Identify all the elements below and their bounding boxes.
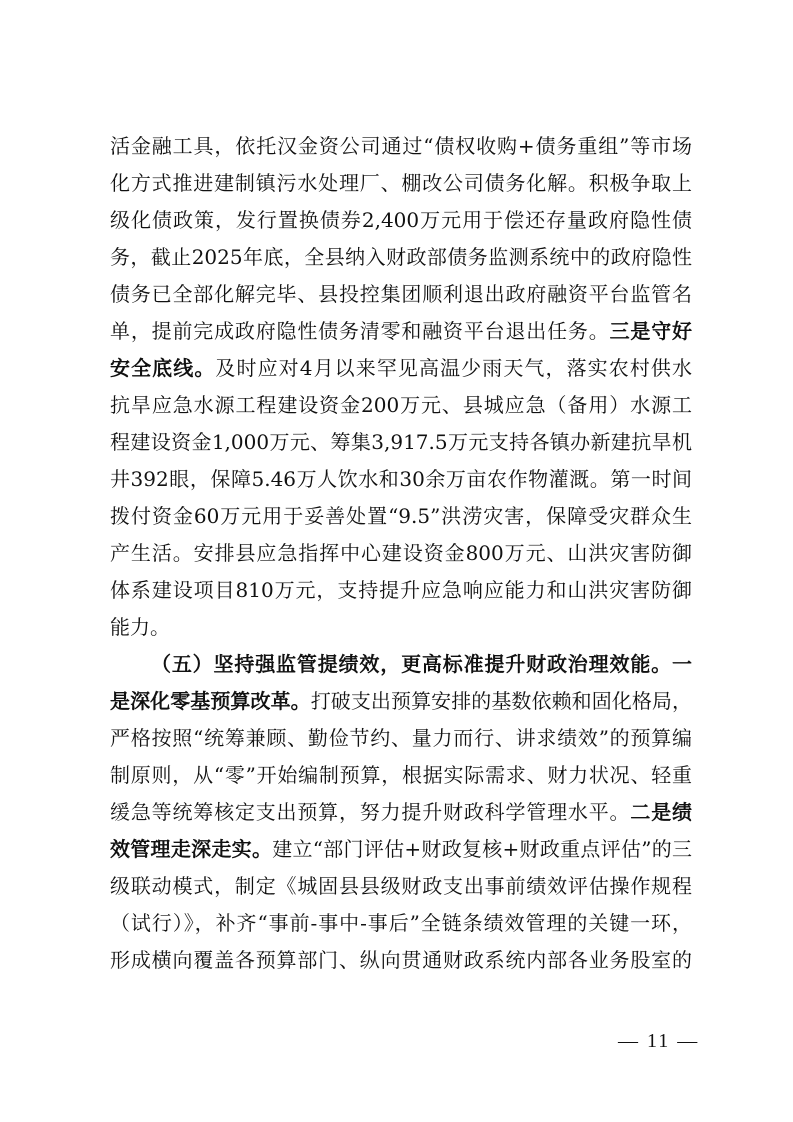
text-run: 能力。: [110, 615, 170, 639]
text-run: 打破支出预算安排的基数依赖和固化格局，: [311, 689, 692, 713]
text-run: 拨付资金60万元用于妥善处置“9.5”洪涝灾害，保障受灾群众生: [110, 504, 692, 528]
text-line: 井392眼，保障5.46万人饮水和30余万亩农作物灌溉。第一时间: [110, 461, 692, 498]
text-run: 单，提前完成政府隐性债务清零和融资平台退出任务。: [110, 319, 610, 343]
text-run: 制原则，从“零”开始编制预算，根据实际需求、财力状况、轻重: [110, 763, 692, 787]
page-number: — 11 —: [618, 1030, 699, 1053]
text-line: 化方式推进建制镇污水处理厂、棚改公司债务化解。积极争取上: [110, 165, 692, 202]
text-run: 债务已全部化解完毕、县投控集团顺利退出政府融资平台监管名: [110, 282, 692, 306]
body-text: 活金融工具，依托汉金资公司通过“债权收购+债务重组”等市场化方式推进建制镇污水处…: [110, 128, 692, 979]
text-line: 活金融工具，依托汉金资公司通过“债权收购+债务重组”等市场: [110, 128, 692, 165]
text-line: （试行）》，补齐“事前-事中-事后”全链条绩效管理的关键一环，: [110, 905, 692, 942]
text-run: （试行）》，补齐“事前-事中-事后”全链条绩效管理的关键一环，: [110, 911, 692, 935]
text-line: 制原则，从“零”开始编制预算，根据实际需求、财力状况、轻重: [110, 757, 692, 794]
text-run: 产生活。安排县应急指挥中心建设资金800万元、山洪灾害防御: [110, 541, 692, 565]
bold-run: 安全底线。: [110, 356, 215, 380]
text-run: 活金融工具，依托汉金资公司通过“债权收购+债务重组”等市场: [110, 134, 692, 158]
text-run: 及时应对4月以来罕见高温少雨天气，落实农村供水: [215, 356, 692, 380]
text-line: 务，截止2025年底，全县纳入财政部债务监测系统中的政府隐性: [110, 239, 692, 276]
text-line: 是深化零基预算改革。打破支出预算安排的基数依赖和固化格局，: [110, 683, 692, 720]
text-line: 产生活。安排县应急指挥中心建设资金800万元、山洪灾害防御: [110, 535, 692, 572]
text-line: 严格按照“统筹兼顾、勤俭节约、量力而行、讲求绩效”的预算编: [110, 720, 692, 757]
text-line: 级化债政策，发行置换债券2,400万元用于偿还存量政府隐性债: [110, 202, 692, 239]
bold-run: 是深化零基预算改革。: [110, 689, 311, 713]
text-run: 级联动模式，制定《城固县县级财政支出事前绩效评估操作规程: [110, 874, 692, 898]
text-run: 级化债政策，发行置换债券2,400万元用于偿还存量政府隐性债: [110, 208, 692, 232]
text-run: 体系建设项目810万元，支持提升应急响应能力和山洪灾害防御: [110, 578, 692, 602]
bold-run: 二是绩: [630, 800, 692, 824]
text-line: 程建设资金1,000万元、筹集3,917.5万元支持各镇办新建抗旱机: [110, 424, 692, 461]
text-run: 严格按照“统筹兼顾、勤俭节约、量力而行、讲求绩效”的预算编: [110, 726, 692, 750]
text-line: 级联动模式，制定《城固县县级财政支出事前绩效评估操作规程: [110, 868, 692, 905]
bold-run: 三是守好: [610, 319, 692, 343]
document-page: 活金融工具，依托汉金资公司通过“债权收购+债务重组”等市场化方式推进建制镇污水处…: [0, 0, 793, 1122]
text-run: 形成横向覆盖各预算部门、纵向贯通财政系统内部各业务股室的: [110, 948, 692, 972]
text-run: 缓急等统筹核定支出预算，努力提升财政科学管理水平。: [110, 800, 630, 824]
text-run: 化方式推进建制镇污水处理厂、棚改公司债务化解。积极争取上: [110, 171, 692, 195]
bold-run: 效管理走深走实。: [110, 837, 272, 861]
text-line: 能力。: [110, 609, 692, 646]
text-line: 抗旱应急水源工程建设资金200万元、县城应急（备用）水源工: [110, 387, 692, 424]
section-heading-line: （五）坚持强监管提绩效，更高标准提升财政治理效能。一: [110, 646, 692, 683]
text-line: 安全底线。及时应对4月以来罕见高温少雨天气，落实农村供水: [110, 350, 692, 387]
text-line: 体系建设项目810万元，支持提升应急响应能力和山洪灾害防御: [110, 572, 692, 609]
text-run: 井392眼，保障5.46万人饮水和30余万亩农作物灌溉。第一时间: [110, 467, 692, 491]
text-line: 单，提前完成政府隐性债务清零和融资平台退出任务。三是守好: [110, 313, 692, 350]
text-line: 缓急等统筹核定支出预算，努力提升财政科学管理水平。二是绩: [110, 794, 692, 831]
bold-run: （五）坚持强监管提绩效，更高标准提升财政治理效能。一: [151, 652, 692, 676]
text-run: 务，截止2025年底，全县纳入财政部债务监测系统中的政府隐性: [110, 245, 692, 269]
text-run: 抗旱应急水源工程建设资金200万元、县城应急（备用）水源工: [110, 393, 692, 417]
text-line: 拨付资金60万元用于妥善处置“9.5”洪涝灾害，保障受灾群众生: [110, 498, 692, 535]
text-line: 债务已全部化解完毕、县投控集团顺利退出政府融资平台监管名: [110, 276, 692, 313]
text-run: 建立“部门评估+财政复核+财政重点评估”的三: [272, 837, 692, 861]
text-line: 效管理走深走实。建立“部门评估+财政复核+财政重点评估”的三: [110, 831, 692, 868]
text-run: 程建设资金1,000万元、筹集3,917.5万元支持各镇办新建抗旱机: [110, 430, 692, 454]
text-line: 形成横向覆盖各预算部门、纵向贯通财政系统内部各业务股室的: [110, 942, 692, 979]
